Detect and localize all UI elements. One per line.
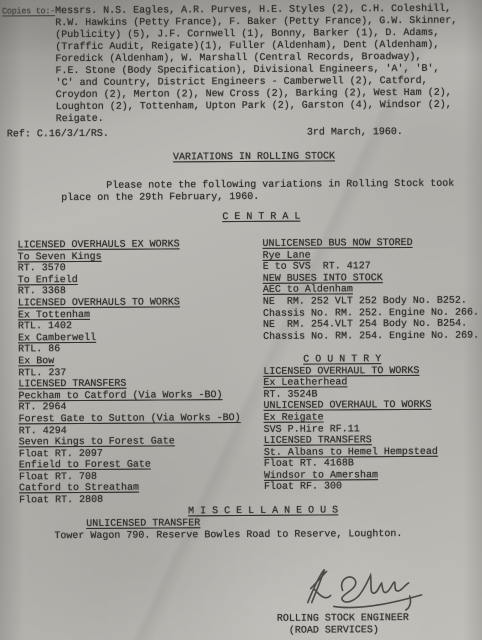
ref-date-row: Ref: C.16/3/1/RS. 3rd March, 1960. <box>7 127 473 141</box>
stock-entry-line: Forest Gate to Sutton (Via Works -BO) <box>19 413 264 426</box>
document-content: Copies to:- Messrs. N.S. Eagles, A.R. Pu… <box>0 0 482 640</box>
ref-number: Ref: C.16/3/1/RS. <box>7 129 109 141</box>
intro-line-1: Please note the following variations in … <box>61 179 471 194</box>
page-title: VARIATIONS IN ROLLING STOCK <box>13 150 482 164</box>
date: 3rd March, 1960. <box>307 127 403 139</box>
intro-line-2: place on the 29th February, 1960. <box>61 191 471 206</box>
signatory-title-line-1: ROLLING STOCK ENGINEER <box>277 613 409 625</box>
copies-line: Loughton (2), Tottenham, Upton Park (2),… <box>56 100 458 114</box>
intro-paragraph: Please note the following variations in … <box>61 179 471 206</box>
stock-entry-line: NE RM. 254.VLT 254 Body No. B254. <box>263 319 480 332</box>
handwritten-signature-icon <box>297 562 447 615</box>
stock-entry-line: Float RT. 2808 <box>19 494 264 507</box>
stock-entry-line: NE RM. 252 VLT 252 Body No. B252. <box>263 296 480 309</box>
central-columns: LICENSED OVERHAULS EX WORKSTo Seven King… <box>18 238 482 507</box>
central-right-column: UNLICENSED BUS NOW STOREDRye LaneE to SV… <box>263 238 482 506</box>
copies-label: Copies to:- <box>2 6 56 126</box>
copies-line: Reigate. <box>56 112 458 126</box>
signature: K Shave <box>297 562 447 615</box>
scanned-memo-page: Copies to:- Messrs. N.S. Eagles, A.R. Pu… <box>0 0 482 640</box>
central-section-heading: C E N T R A L <box>20 210 482 224</box>
miscellaneous-entry-line: Tower Wagon 790. Reserve Bowles Road to … <box>54 529 402 542</box>
signatory-title-line-2: (ROAD SERVICES) <box>289 625 379 637</box>
stock-entry-line: Chassis No. RM. 254. Engine No. 269. <box>263 330 480 343</box>
central-left-column: LICENSED OVERHAULS EX WORKSTo Seven King… <box>18 239 265 507</box>
stock-entry-line: Float RF. 300 <box>264 481 481 494</box>
miscellaneous-section-heading: M I S C E L L A N E O U S <box>22 504 482 518</box>
copies-block: Copies to:- Messrs. N.S. Eagles, A.R. Pu… <box>2 4 477 127</box>
miscellaneous-sub-heading: UNLICENSED TRANSFER <box>86 518 200 530</box>
copies-list: Messrs. N.S. Eagles, A.R. Purves, H.E. S… <box>55 4 458 126</box>
